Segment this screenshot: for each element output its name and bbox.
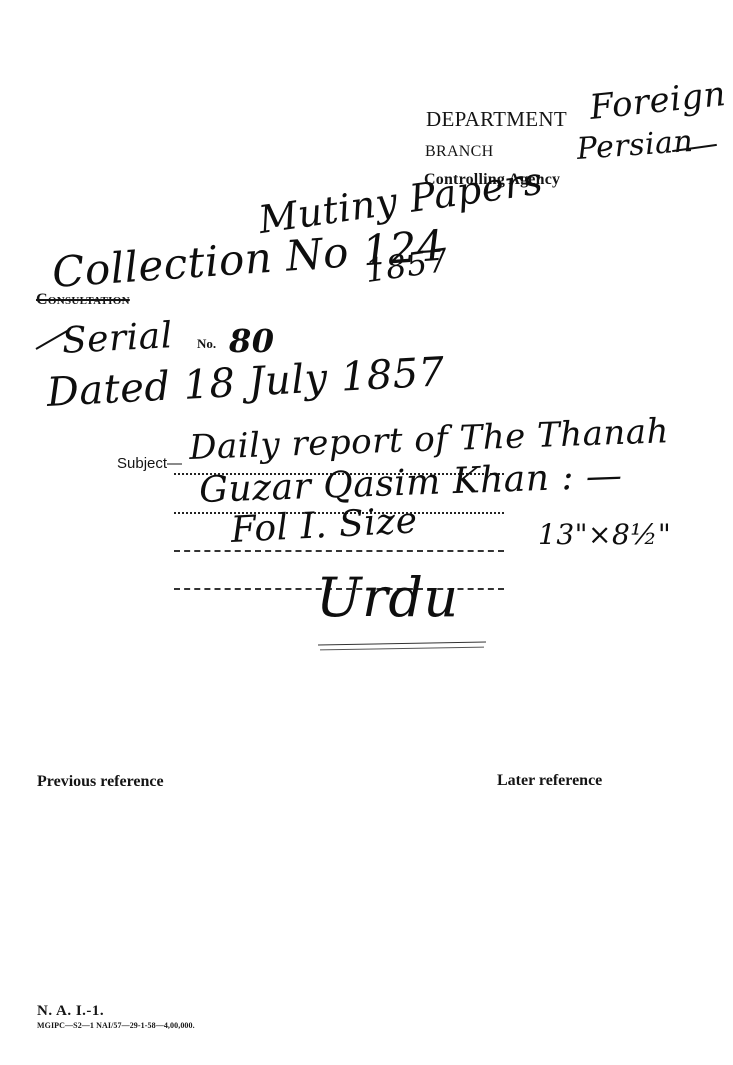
- language-underline: [318, 642, 486, 646]
- consultation-label: Consultation: [36, 291, 130, 309]
- subject-label-text: Subject: [117, 455, 167, 472]
- subject-line: Fol I. Size: [230, 500, 419, 551]
- serial-handwritten-label: Serial: [61, 315, 174, 362]
- department-label: DEPARTMENT: [426, 107, 567, 132]
- language-underline: [320, 647, 484, 651]
- serial-number: 80: [229, 322, 275, 360]
- subject-label: Subject—: [117, 455, 182, 472]
- serial-no-label: No.: [197, 336, 216, 352]
- form-code: N. A. I.-1.: [37, 1003, 104, 1020]
- branch-value: Persian: [576, 124, 695, 167]
- document-language: Urdu: [316, 566, 459, 629]
- document-size: 13"×8½": [538, 518, 671, 551]
- branch-label: BRANCH: [425, 143, 493, 161]
- print-code: MGIPC—S2—1 NAI/57—29-1-58—4,00,000.: [37, 1021, 195, 1030]
- subject-rule: [174, 550, 504, 552]
- later-reference-label: Later reference: [497, 772, 602, 790]
- document-page: { "header": { "department_label": "DEPAR…: [0, 0, 733, 1065]
- previous-reference-label: Previous reference: [37, 773, 164, 791]
- department-value: Foreign: [588, 74, 728, 128]
